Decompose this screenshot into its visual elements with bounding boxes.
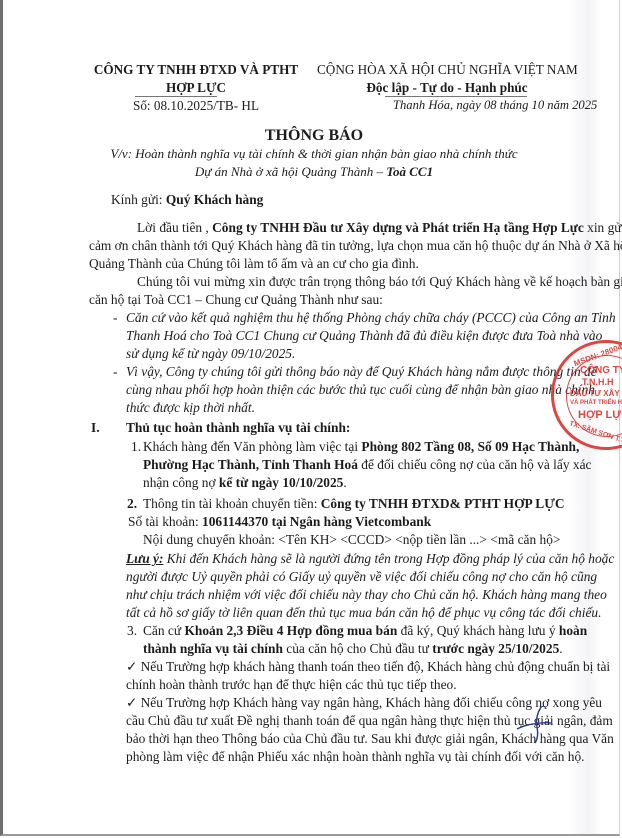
- motto-underline: [385, 96, 527, 97]
- item-3-line1: Căn cứ Khoản 2,3 Điều 4 Hợp đồng mua bán…: [143, 623, 587, 639]
- check-item-2-line4: phòng làm việc để nhận Phiếu xác nhận ho…: [126, 749, 585, 765]
- greeting: Kính gửi: Quý Khách hàng: [111, 192, 263, 208]
- note-line4: tất cả hồ sơ giấy tờ liên quan đến thủ t…: [126, 605, 601, 621]
- signature-mark-icon: [515, 703, 555, 745]
- item-1-number: 1.: [131, 439, 141, 455]
- bullet-marker: -: [113, 364, 117, 380]
- greeting-recipient: Quý Khách hàng: [166, 192, 264, 207]
- office-address: Phòng 802 Tầng 08, Số 09 Hạc Thành,: [361, 439, 579, 454]
- nation-title: CỘNG HÒA XÃ HỘI CHỦ NGHĨA VIỆT NAM: [317, 62, 577, 78]
- item-1-line2: Phường Hạc Thành, Tỉnh Thanh Hoá để đối …: [143, 457, 591, 473]
- notice-subject-line2: Dự án Nhà ở xã hội Quảng Thành – Toà CC1: [3, 164, 622, 180]
- stamp-line2: T.N.H.H: [582, 377, 614, 387]
- item-3-number: 3.: [127, 623, 137, 639]
- intro-p2-line2: căn hộ tại Toà CC1 – Chung cư Quảng Thàn…: [89, 292, 383, 308]
- item-3-line2: thành nghĩa vụ tài chính của căn hộ cho …: [143, 641, 563, 657]
- company-underline: [135, 96, 217, 97]
- check-icon: ✓: [126, 695, 137, 710]
- intro-p1-line3: Quảng Thành của Chúng tôi làm tổ ấm và a…: [89, 256, 419, 272]
- item-2-line2: Số tài khoản: 1061144370 tại Ngân hàng V…: [128, 514, 431, 530]
- account-holder: Công ty TNHH ĐTXD& PTHT HỢP LỰC: [321, 496, 565, 511]
- note-line1: Lưu ý: Khi đến Khách hàng sẽ là người đứ…: [126, 551, 614, 567]
- item-1-line3: nhận công nợ kể từ ngày 10/10/2025.: [143, 475, 347, 491]
- intro-p1-line2: cảm ơn chân thành tới Quý Khách hàng đã …: [89, 238, 622, 254]
- bullet-2-line3: thức được kịp thời nhất.: [126, 400, 255, 416]
- stamp-line3: ĐẦU TƯ XÂY DỰNG: [570, 389, 622, 398]
- note-label: Lưu ý:: [126, 551, 163, 566]
- item-2-number: 2.: [127, 496, 137, 512]
- document-number: Số: 08.10.2025/TB- HL: [91, 98, 301, 114]
- company-name-line1: CÔNG TY TNHH ĐTXD VÀ PTHT: [91, 62, 301, 78]
- transfer-content: Nội dung chuyển khoản: <Tên KH> <CCCD> <…: [143, 532, 560, 548]
- item-1-line1: Khách hàng đến Văn phòng làm việc tại Ph…: [143, 439, 579, 455]
- intro-p1-line1: Lời đầu tiên , Công ty TNHH Đầu tư Xây d…: [137, 220, 622, 236]
- note-line3: như chịu trách nhiệm với việc đối chiếu …: [126, 587, 607, 603]
- bullet-1-line2: Thanh Hoá cho Toà CC1 Chung cư Quảng Thà…: [126, 328, 602, 344]
- bullet-1-line1: Căn cứ vào kết quả nghiệm thu hệ thống P…: [126, 310, 616, 326]
- company-full-name: Công ty TNHH Đầu tư Xây dựng và Phát tri…: [212, 220, 584, 235]
- item-2-line1: Thông tin tài khoản chuyển tiền: Công ty…: [143, 496, 565, 512]
- bullet-2-line1: Vì vậy, Công ty chúng tôi gửi thông báo …: [126, 364, 597, 380]
- check-item-1-line1: ✓ Nếu Trường hợp khách hàng thanh toán t…: [126, 659, 610, 675]
- document-page: CÔNG TY TNHH ĐTXD VÀ PTHT HỢP LỰC Số: 08…: [0, 0, 620, 836]
- stamp-line1: CÔNG TY: [580, 365, 622, 376]
- place-date: Thanh Hóa, ngày 08 tháng 10 năm 2025: [393, 98, 597, 113]
- company-name-line2: HỢP LỰC: [91, 80, 301, 96]
- notice-title: THÔNG BÁO: [3, 127, 622, 145]
- section-heading: Thủ tục hoàn thành nghĩa vụ tài chính:: [126, 420, 350, 436]
- section-numeral: I.: [91, 420, 100, 436]
- notice-subject-line1: V/v: Hoàn thành nghĩa vụ tài chính & thờ…: [3, 146, 622, 162]
- check-icon: ✓: [126, 659, 137, 674]
- intro-p2-line1: Chúng tôi vui mừng xin được trân trọng t…: [137, 274, 622, 290]
- stamp-line4: VÀ PHÁT TRIỂN HẠ TẦNG: [570, 400, 622, 406]
- bullet-2-line2: cùng nhau phối hợp hoàn thiện các bước t…: [126, 382, 595, 398]
- deadline-date: trước ngày 25/10/2025: [432, 641, 559, 656]
- start-date: kể từ ngày 10/10/2025: [219, 475, 343, 490]
- nation-motto: Độc lập - Tự do - Hạnh phúc: [317, 80, 577, 96]
- note-line2: người được Uỷ quyền phải có Giấy uỷ quyề…: [126, 569, 597, 585]
- bullet-marker: -: [113, 310, 117, 326]
- account-number: 1061144370 tại Ngân hàng Vietcombank: [202, 514, 431, 529]
- bullet-1-line3: sử dụng kể từ ngày 09/10/2025.: [126, 346, 295, 362]
- company-stamp: MSDN: 2800470953 CÔNG TY T.N.H.H ĐẦU TƯ …: [551, 340, 622, 450]
- stamp-line5: HỢP LỰC: [578, 409, 622, 421]
- building-name: Toà CC1: [386, 164, 433, 179]
- check-item-1-line2: chính hoàn thành trước hạn để thực hiện …: [126, 677, 457, 693]
